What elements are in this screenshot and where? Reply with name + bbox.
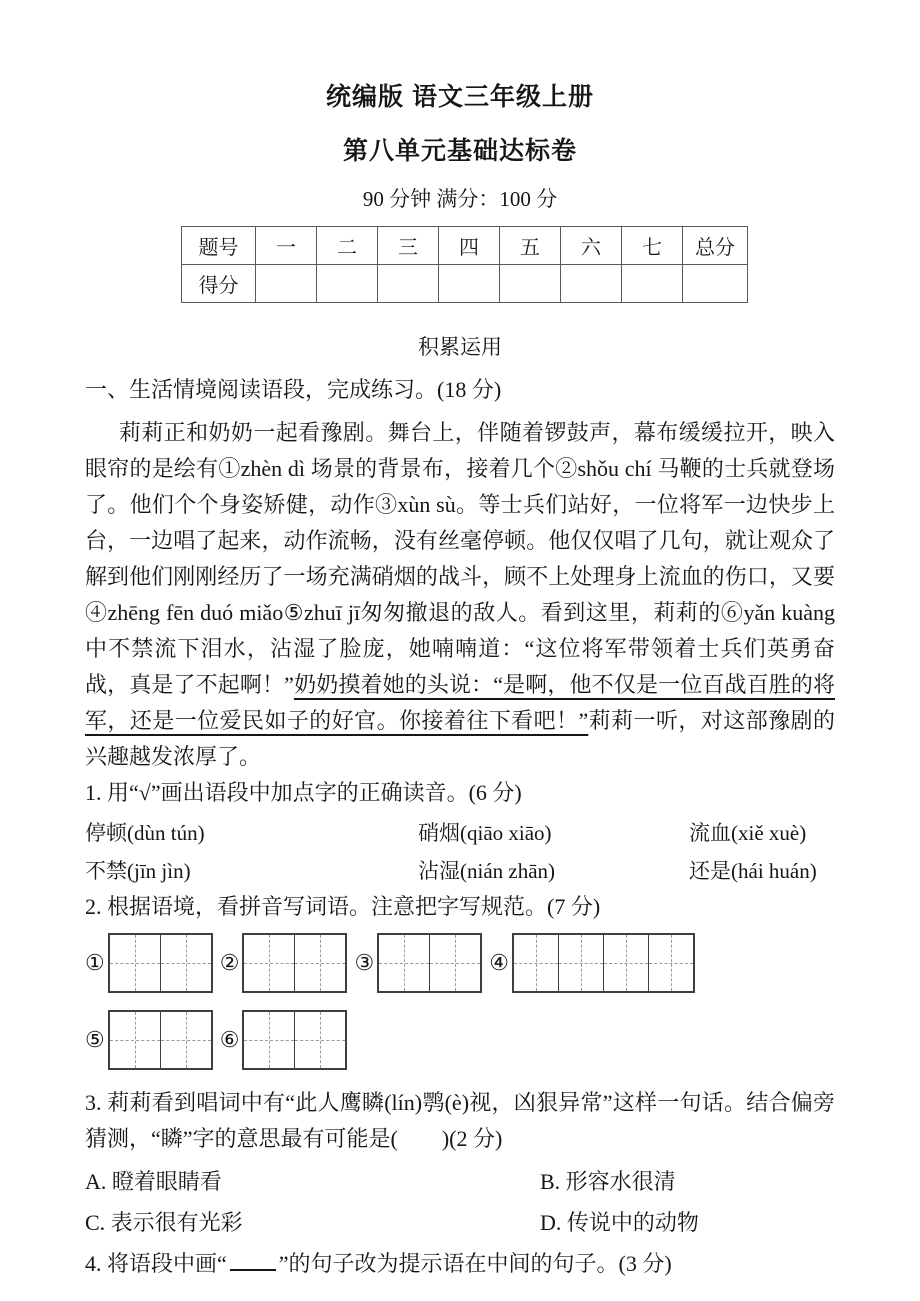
- score-cell-empty: [683, 265, 748, 303]
- circled-number-label: ④: [489, 952, 509, 974]
- writing-cell: [294, 935, 345, 991]
- question-4-suffix: ”的句子改为提示语在中间的句子。(3 分): [279, 1251, 672, 1276]
- blank-underline: [230, 1249, 276, 1271]
- question-3-options: A. 瞪着眼睛看B. 形容水很清C. 表示很有光彩D. 传说中的动物: [85, 1161, 835, 1243]
- pinyin-choice-item: 硝烟(qiāo xiāo): [418, 814, 689, 852]
- score-table-score-row: 得分: [182, 265, 748, 303]
- pinyin-choice-grid: 停顿(dùn tún)硝烟(qiāo xiāo)流血(xiě xuè)不禁(jī…: [85, 814, 835, 890]
- pinyin-choice-item: 流血(xiě xuè): [689, 814, 835, 852]
- score-cell-empty: [256, 265, 317, 303]
- score-table-score-label: 得分: [182, 265, 256, 303]
- question-2-label: 2. 根据语境，看拼音写词语。注意把字写规范。(7 分): [85, 890, 835, 924]
- question-one-heading: 一、生活情境阅读语段，完成练习。(18 分): [85, 372, 835, 408]
- score-col-header: 三: [378, 227, 439, 265]
- writing-grid-row: ⑤⑥: [85, 1010, 835, 1070]
- writing-cell: [160, 935, 211, 991]
- choice-option: A. 瞪着眼睛看: [85, 1161, 540, 1202]
- section-title: 积累运用: [85, 336, 835, 359]
- score-cell-empty: [317, 265, 378, 303]
- doc-title-line1: 统编版 语文三年级上册: [85, 84, 835, 111]
- passage-text: 莉莉正和奶奶一起看豫剧。舞台上，伴随着锣鼓声，幕布缓缓拉开，映入眼帘的是绘有①z…: [85, 420, 835, 697]
- score-col-header: 总分: [683, 227, 748, 265]
- writing-cell: [379, 935, 429, 991]
- writing-cell: [244, 1012, 294, 1068]
- score-table: 题号 一二三四五六七总分 得分: [181, 226, 748, 303]
- doc-title-line2: 第八单元基础达标卷: [85, 138, 835, 165]
- score-table-header-label: 题号: [182, 227, 256, 265]
- character-writing-box: [242, 1010, 347, 1070]
- writing-cell: [244, 935, 294, 991]
- writing-grid-unit: ①: [85, 933, 213, 993]
- exam-page: 统编版 语文三年级上册 第八单元基础达标卷 90 分钟 满分：100 分 题号 …: [0, 0, 920, 1301]
- circled-number-label: ②: [220, 952, 240, 974]
- circled-number-label: ③: [354, 952, 374, 974]
- question-3-label: 3. 莉莉看到唱词中有“此人鹰瞵(lín)鹗(è)视，凶狠异常”这样一句话。结合…: [85, 1085, 835, 1157]
- score-col-header: 五: [500, 227, 561, 265]
- choice-option: D. 传说中的动物: [540, 1202, 835, 1243]
- circled-number-label: ⑤: [85, 1029, 105, 1051]
- writing-grid-unit: ⑥: [220, 1010, 348, 1070]
- pinyin-choice-item: 停顿(dùn tún): [85, 814, 418, 852]
- character-writing-box: [512, 933, 695, 993]
- pinyin-choice-item: 还是(hái huán): [689, 852, 835, 890]
- question-4-prefix: 4. 将语段中画“: [85, 1251, 227, 1276]
- score-cell-empty: [500, 265, 561, 303]
- question-1-label: 1. 用“√”画出语段中加点字的正确读音。(6 分): [85, 775, 835, 811]
- score-col-header: 六: [561, 227, 622, 265]
- pinyin-choice-item: 沾湿(nián zhān): [418, 852, 689, 890]
- character-writing-box: [108, 933, 213, 993]
- question-4-label: 4. 将语段中画“”的句子改为提示语在中间的句子。(3 分): [85, 1246, 835, 1282]
- writing-grid-unit: ⑤: [85, 1010, 213, 1070]
- score-col-header: 一: [256, 227, 317, 265]
- reading-passage: 莉莉正和奶奶一起看豫剧。舞台上，伴随着锣鼓声，幕布缓缓拉开，映入眼帘的是绘有①z…: [85, 415, 835, 775]
- character-writing-box: [242, 933, 347, 993]
- writing-grid-row: ①②③④: [85, 933, 835, 993]
- writing-cell: [294, 1012, 345, 1068]
- writing-grid-unit: ②: [220, 933, 348, 993]
- character-writing-box: [108, 1010, 213, 1070]
- choice-option: B. 形容水很清: [540, 1161, 835, 1202]
- exam-duration-score: 90 分钟 满分：100 分: [85, 188, 835, 211]
- score-cell-empty: [622, 265, 683, 303]
- writing-grid-unit: ③: [354, 933, 482, 993]
- writing-cell: [160, 1012, 211, 1068]
- writing-grid-unit: ④: [489, 933, 695, 993]
- writing-cell: [110, 935, 160, 991]
- score-cell-empty: [378, 265, 439, 303]
- writing-cell: [429, 935, 480, 991]
- circled-number-label: ⑥: [220, 1029, 240, 1051]
- writing-cell: [648, 935, 693, 991]
- writing-grids: ①②③④⑤⑥: [85, 933, 835, 1070]
- choice-option: C. 表示很有光彩: [85, 1202, 540, 1243]
- score-col-header: 七: [622, 227, 683, 265]
- character-writing-box: [377, 933, 482, 993]
- score-col-header: 二: [317, 227, 378, 265]
- pinyin-choice-item: 不禁(jīn jìn): [85, 852, 418, 890]
- score-cell-empty: [561, 265, 622, 303]
- writing-cell: [514, 935, 558, 991]
- writing-cell: [110, 1012, 160, 1068]
- writing-cell: [603, 935, 648, 991]
- writing-cell: [558, 935, 603, 991]
- score-table-header-row: 题号 一二三四五六七总分: [182, 227, 748, 265]
- score-cell-empty: [439, 265, 500, 303]
- score-col-header: 四: [439, 227, 500, 265]
- circled-number-label: ①: [85, 952, 105, 974]
